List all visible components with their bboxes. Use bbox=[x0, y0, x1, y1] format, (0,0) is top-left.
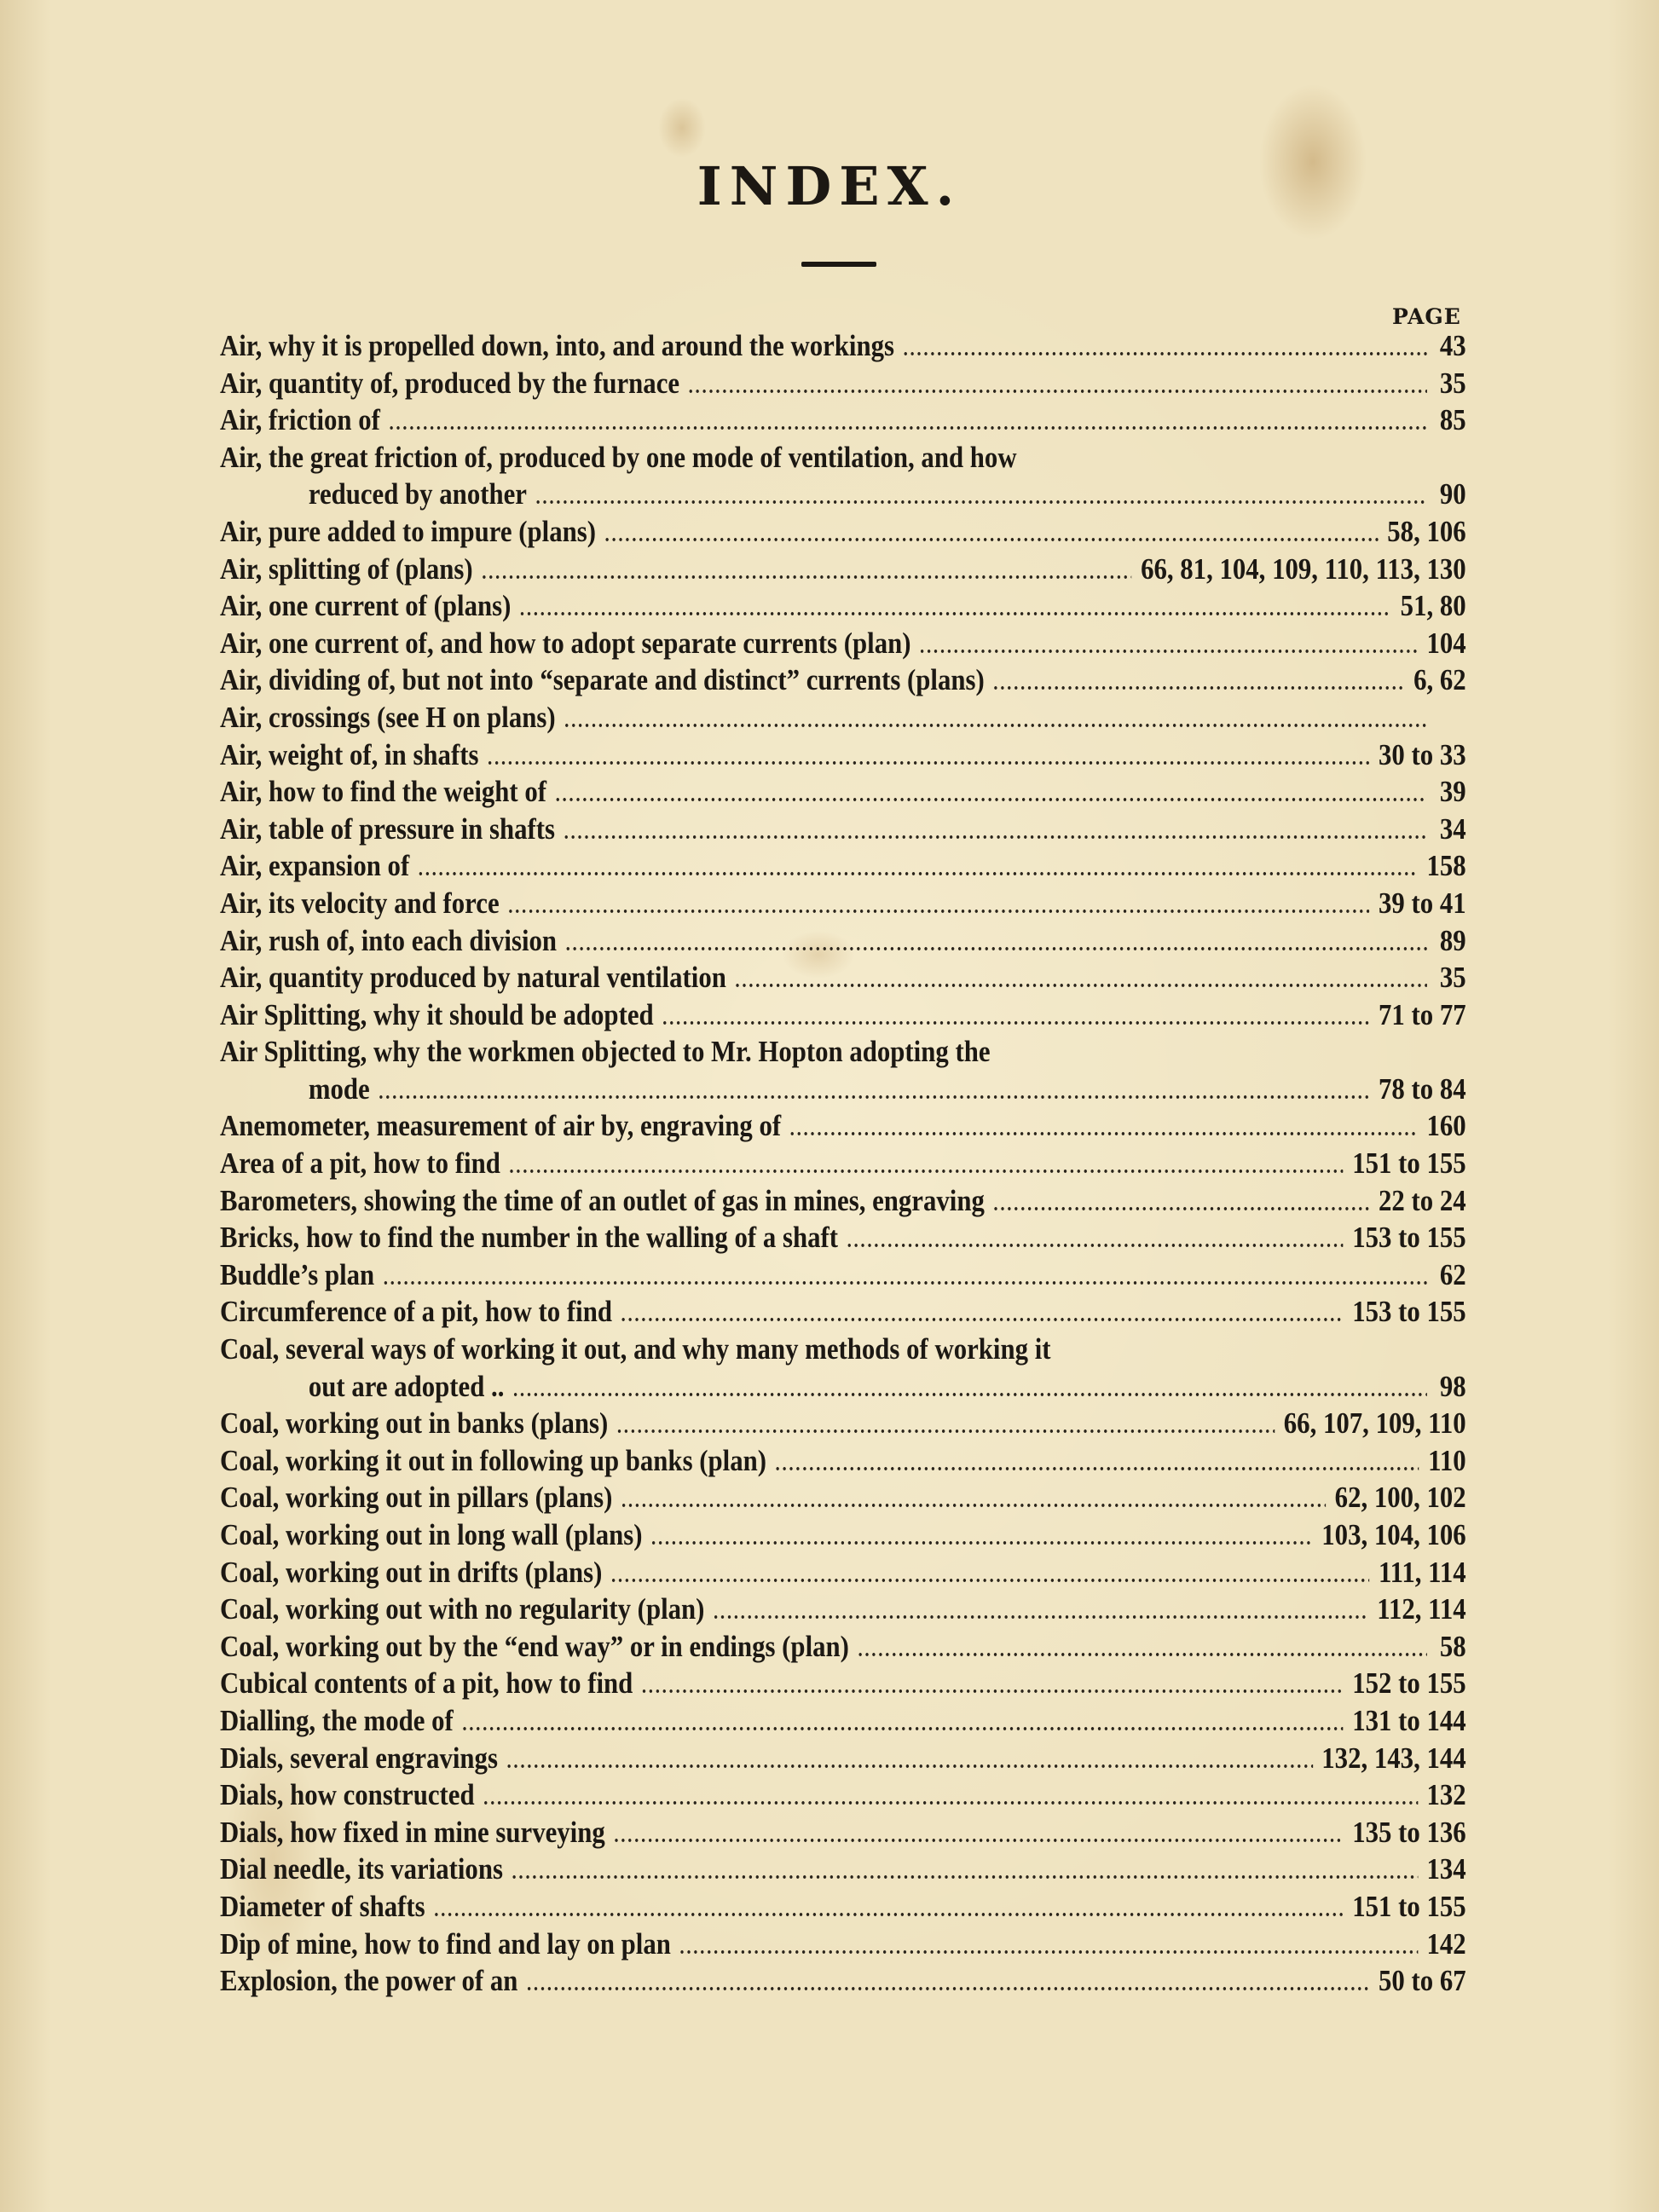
index-entry: Dial needle, its variations134 bbox=[220, 1851, 1466, 1888]
entry-term: Diameter of shafts bbox=[220, 1888, 425, 1926]
dot-leader bbox=[520, 592, 1391, 629]
entry-page-numbers: 51, 80 bbox=[1401, 587, 1466, 625]
dot-leader bbox=[847, 1223, 1344, 1261]
dot-leader bbox=[488, 741, 1369, 778]
entry-page-numbers: 39 to 41 bbox=[1379, 885, 1466, 922]
index-entry: Air, why it is propelled down, into, and… bbox=[220, 327, 1466, 365]
index-entry: Coal, working out in drifts (plans)111, … bbox=[220, 1554, 1466, 1591]
index-entry: Dialling, the mode of131 to 144 bbox=[220, 1702, 1466, 1740]
entry-page-numbers: 103, 104, 106 bbox=[1321, 1516, 1465, 1554]
entry-term: Air, dividing of, but not into “separate… bbox=[220, 661, 985, 699]
index-entry: Coal, working out in banks (plans)66, 10… bbox=[220, 1405, 1466, 1442]
dot-leader bbox=[714, 1595, 1368, 1632]
entry-page-numbers: 131 to 144 bbox=[1352, 1702, 1465, 1740]
entry-term: Coal, working out by the “end way” or in… bbox=[220, 1628, 849, 1666]
entry-term: Air, crossings (see H on plans) bbox=[220, 699, 556, 736]
entry-page-numbers: 30 to 33 bbox=[1379, 736, 1466, 774]
dot-leader bbox=[614, 1818, 1343, 1856]
entry-page-numbers: 111, 114 bbox=[1379, 1554, 1466, 1591]
dot-leader bbox=[689, 369, 1427, 407]
index-entry: Bricks, how to find the number in the wa… bbox=[220, 1219, 1466, 1256]
dot-leader bbox=[482, 555, 1131, 592]
entry-term: Air, how to find the weight of bbox=[220, 773, 546, 811]
entry-page-numbers: 58 bbox=[1436, 1628, 1465, 1666]
index-entry: Air, pure added to impure (plans)58, 106 bbox=[220, 513, 1466, 551]
entry-term: Dip of mine, how to find and lay on plan bbox=[220, 1926, 671, 1963]
index-entry: Coal, working out by the “end way” or in… bbox=[220, 1628, 1466, 1666]
entry-term: Explosion, the power of an bbox=[220, 1962, 517, 2000]
page-title: INDEX. bbox=[0, 155, 1659, 217]
entry-term: Dial needle, its variations bbox=[220, 1851, 503, 1888]
entry-page-numbers: 50 to 67 bbox=[1379, 1962, 1466, 2000]
entry-term: Air, one current of, and how to adopt se… bbox=[220, 625, 910, 662]
entry-page-numbers: 66, 107, 109, 110 bbox=[1284, 1405, 1466, 1442]
entry-term: Coal, working out in drifts (plans) bbox=[220, 1554, 602, 1591]
dot-leader bbox=[513, 1372, 1427, 1410]
entry-term: Coal, working out in pillars (plans) bbox=[220, 1479, 612, 1516]
entry-term: Bricks, how to find the number in the wa… bbox=[220, 1219, 838, 1256]
entry-page-numbers: 110 bbox=[1428, 1442, 1466, 1480]
entry-page-numbers: 39 bbox=[1436, 773, 1465, 811]
entry-page-numbers: 151 to 155 bbox=[1352, 1888, 1465, 1926]
index-entry-continuation: out are adopted ..98 bbox=[220, 1368, 1466, 1406]
index-entry: Coal, working out with no regularity (pl… bbox=[220, 1591, 1466, 1628]
dot-leader bbox=[617, 1409, 1275, 1447]
dot-leader bbox=[419, 852, 1418, 889]
entry-page-numbers: 58, 106 bbox=[1387, 513, 1465, 551]
entry-page-numbers: 62, 100, 102 bbox=[1335, 1479, 1466, 1516]
page-column-label: PAGE bbox=[1392, 304, 1461, 329]
dot-leader bbox=[564, 703, 1427, 741]
dot-leader bbox=[527, 1967, 1369, 2004]
index-entry: Coal, working out in pillars (plans)62, … bbox=[220, 1479, 1466, 1516]
entry-term: Barometers, showing the time of an outle… bbox=[220, 1182, 985, 1220]
entry-term: Air, splitting of (plans) bbox=[220, 551, 473, 588]
entry-page-numbers: 132 bbox=[1426, 1776, 1465, 1814]
index-entry: Air, the great friction of, produced by … bbox=[220, 439, 1466, 476]
entry-term: Air Splitting, why the workmen objected … bbox=[220, 1033, 991, 1071]
dot-leader bbox=[566, 927, 1427, 964]
index-entry: Air, friction of85 bbox=[220, 401, 1466, 439]
entry-term: Coal, several ways of working it out, an… bbox=[220, 1331, 1051, 1368]
entry-page-numbers: 132, 143, 144 bbox=[1321, 1740, 1465, 1777]
entry-term: Air, one current of (plans) bbox=[220, 587, 511, 625]
dot-leader bbox=[611, 1558, 1369, 1596]
entry-page-numbers: 62 bbox=[1436, 1256, 1465, 1294]
entry-page-numbers: 104 bbox=[1426, 625, 1465, 662]
dot-leader bbox=[384, 1261, 1427, 1298]
dot-leader bbox=[993, 1187, 1369, 1224]
entry-page-numbers: 85 bbox=[1436, 401, 1465, 439]
index-entry: Area of a pit, how to find151 to 155 bbox=[220, 1145, 1466, 1182]
entry-term: Air, quantity produced by natural ventil… bbox=[220, 959, 726, 996]
dot-leader bbox=[512, 1855, 1418, 1892]
dot-leader bbox=[735, 963, 1426, 1001]
dot-leader bbox=[993, 666, 1404, 703]
dot-leader bbox=[556, 777, 1427, 815]
entry-term: Air, rush of, into each division bbox=[220, 922, 557, 960]
entry-term: Dials, how constructed bbox=[220, 1776, 475, 1814]
index-entry: Air, one current of (plans)51, 80 bbox=[220, 587, 1466, 625]
dot-leader bbox=[379, 1075, 1369, 1112]
entry-page-numbers: 71 to 77 bbox=[1379, 996, 1466, 1034]
index-entry: Dials, how constructed132 bbox=[220, 1776, 1466, 1814]
index-entry: Cubical contents of a pit, how to find15… bbox=[220, 1665, 1466, 1702]
entry-page-numbers: 89 bbox=[1436, 922, 1465, 960]
entry-page-numbers: 135 to 136 bbox=[1352, 1814, 1465, 1851]
index-entry: Coal, working out in long wall (plans)10… bbox=[220, 1516, 1466, 1554]
index-entry: Air, quantity of, produced by the furnac… bbox=[220, 365, 1466, 402]
entry-term: Dials, how fixed in mine surveying bbox=[220, 1814, 605, 1851]
entry-page-numbers: 34 bbox=[1436, 811, 1465, 848]
entry-term: Air, why it is propelled down, into, and… bbox=[220, 327, 894, 365]
index-entry: Air, weight of, in shafts30 to 33 bbox=[220, 736, 1466, 774]
index-entry-continuation: reduced by another90 bbox=[220, 476, 1466, 513]
entry-page-numbers: 43 bbox=[1436, 327, 1465, 365]
entry-term: Coal, working it out in following up ban… bbox=[220, 1442, 766, 1480]
dot-leader bbox=[483, 1781, 1418, 1818]
entry-page-numbers: 153 to 155 bbox=[1352, 1293, 1465, 1331]
dot-leader bbox=[621, 1297, 1344, 1335]
index-entry: Air, crossings (see H on plans) bbox=[220, 699, 1466, 736]
entry-term: Air, pure added to impure (plans) bbox=[220, 513, 596, 551]
dot-leader bbox=[605, 517, 1379, 555]
dot-leader bbox=[858, 1632, 1426, 1670]
entry-term: Air, table of pressure in shafts bbox=[220, 811, 555, 848]
dot-leader bbox=[651, 1521, 1313, 1558]
index-entry: Coal, several ways of working it out, an… bbox=[220, 1331, 1466, 1368]
index-entry: Dip of mine, how to find and lay on plan… bbox=[220, 1926, 1466, 1963]
entry-page-numbers: 98 bbox=[1436, 1368, 1465, 1406]
index-entry: Dials, several engravings132, 143, 144 bbox=[220, 1740, 1466, 1777]
entry-page-numbers: 151 to 155 bbox=[1352, 1145, 1465, 1182]
entry-page-numbers: 112, 114 bbox=[1377, 1591, 1465, 1628]
index-entry: Coal, working it out in following up ban… bbox=[220, 1442, 1466, 1480]
entry-page-numbers: 6, 62 bbox=[1413, 661, 1466, 699]
dot-leader bbox=[621, 1483, 1326, 1521]
index-entry: Air, rush of, into each division89 bbox=[220, 922, 1466, 960]
dot-leader bbox=[642, 1669, 1344, 1707]
dot-leader bbox=[790, 1112, 1418, 1149]
index-entry: Diameter of shafts151 to 155 bbox=[220, 1888, 1466, 1926]
index-entry: Air, splitting of (plans)66, 81, 104, 10… bbox=[220, 551, 1466, 588]
entry-term: Air, quantity of, produced by the furnac… bbox=[220, 365, 679, 402]
index-entry: Air Splitting, why the workmen objected … bbox=[220, 1033, 1466, 1071]
entry-page-numbers: 158 bbox=[1426, 847, 1465, 885]
index-entry: Air, quantity produced by natural ventil… bbox=[220, 959, 1466, 996]
dot-leader bbox=[904, 332, 1427, 369]
index-entry: Circumference of a pit, how to find153 t… bbox=[220, 1293, 1466, 1331]
index-entry: Anemometer, measurement of air by, engra… bbox=[220, 1107, 1466, 1145]
entry-term: Coal, working out with no regularity (pl… bbox=[220, 1591, 704, 1628]
dot-leader bbox=[776, 1447, 1419, 1484]
entry-term: Dialling, the mode of bbox=[220, 1702, 454, 1740]
index-entry-continuation: mode78 to 84 bbox=[220, 1071, 1466, 1108]
entry-term: Circumference of a pit, how to find bbox=[220, 1293, 612, 1331]
entry-term: Coal, working out in banks (plans) bbox=[220, 1405, 608, 1442]
entry-page-numbers: 22 to 24 bbox=[1379, 1182, 1466, 1220]
dot-leader bbox=[564, 815, 1427, 852]
entry-page-numbers: 152 to 155 bbox=[1352, 1665, 1465, 1702]
dot-leader bbox=[509, 1149, 1343, 1187]
dot-leader bbox=[662, 1001, 1369, 1038]
entry-term: Area of a pit, how to find bbox=[220, 1145, 500, 1182]
index-entry: Buddle’s plan62 bbox=[220, 1256, 1466, 1294]
entry-term: Air Splitting, why it should be adopted bbox=[220, 996, 654, 1034]
dot-leader bbox=[508, 889, 1369, 927]
title-rule-divider bbox=[801, 262, 876, 267]
dot-leader bbox=[462, 1707, 1343, 1744]
entry-term: Air, its velocity and force bbox=[220, 885, 500, 922]
entry-page-numbers: 142 bbox=[1426, 1926, 1465, 1963]
entry-term: Air, the great friction of, produced by … bbox=[220, 439, 1017, 476]
index-entry: Dials, how fixed in mine surveying135 to… bbox=[220, 1814, 1466, 1851]
entry-term: reduced by another bbox=[220, 476, 527, 513]
dot-leader bbox=[920, 629, 1418, 667]
index-entry: Air, dividing of, but not into “separate… bbox=[220, 661, 1466, 699]
entry-term: Buddle’s plan bbox=[220, 1256, 374, 1294]
entry-term: Anemometer, measurement of air by, engra… bbox=[220, 1107, 781, 1145]
entry-page-numbers: 153 to 155 bbox=[1352, 1219, 1465, 1256]
dot-leader bbox=[679, 1930, 1417, 1967]
entry-term: Coal, working out in long wall (plans) bbox=[220, 1516, 642, 1554]
entry-page-numbers: 90 bbox=[1436, 476, 1465, 513]
index-entry: Barometers, showing the time of an outle… bbox=[220, 1182, 1466, 1220]
entry-page-numbers: 134 bbox=[1426, 1851, 1465, 1888]
index-entry: Air, how to find the weight of39 bbox=[220, 773, 1466, 811]
entry-term: mode bbox=[220, 1071, 370, 1108]
dot-leader bbox=[434, 1892, 1343, 1930]
index-entry: Air Splitting, why it should be adopted7… bbox=[220, 996, 1466, 1034]
index-entry: Air, table of pressure in shafts34 bbox=[220, 811, 1466, 848]
entry-term: Air, weight of, in shafts bbox=[220, 736, 478, 774]
entry-page-numbers: 160 bbox=[1426, 1107, 1465, 1145]
entry-term: Air, friction of bbox=[220, 401, 380, 439]
entry-term: out are adopted .. bbox=[220, 1368, 504, 1406]
index-entry: Air, one current of, and how to adopt se… bbox=[220, 625, 1466, 662]
dot-leader bbox=[536, 480, 1427, 517]
entry-term: Air, expansion of bbox=[220, 847, 409, 885]
entry-page-numbers: 35 bbox=[1436, 365, 1465, 402]
entry-page-numbers: 66, 81, 104, 109, 110, 113, 130 bbox=[1141, 551, 1466, 588]
entry-term: Dials, several engravings bbox=[220, 1740, 498, 1777]
entry-term: Cubical contents of a pit, how to find bbox=[220, 1665, 633, 1702]
index-entry: Air, its velocity and force39 to 41 bbox=[220, 885, 1466, 922]
dot-leader bbox=[507, 1744, 1313, 1782]
dot-leader bbox=[389, 406, 1426, 443]
index-page: INDEX. PAGE Air, why it is propelled dow… bbox=[0, 0, 1659, 2212]
index-entry: Explosion, the power of an50 to 67 bbox=[220, 1962, 1466, 2000]
entry-page-numbers: 78 to 84 bbox=[1379, 1071, 1466, 1108]
entry-page-numbers: 35 bbox=[1436, 959, 1465, 996]
index-entry: Air, expansion of158 bbox=[220, 847, 1466, 885]
index-entries-list: Air, why it is propelled down, into, and… bbox=[220, 327, 1466, 2000]
